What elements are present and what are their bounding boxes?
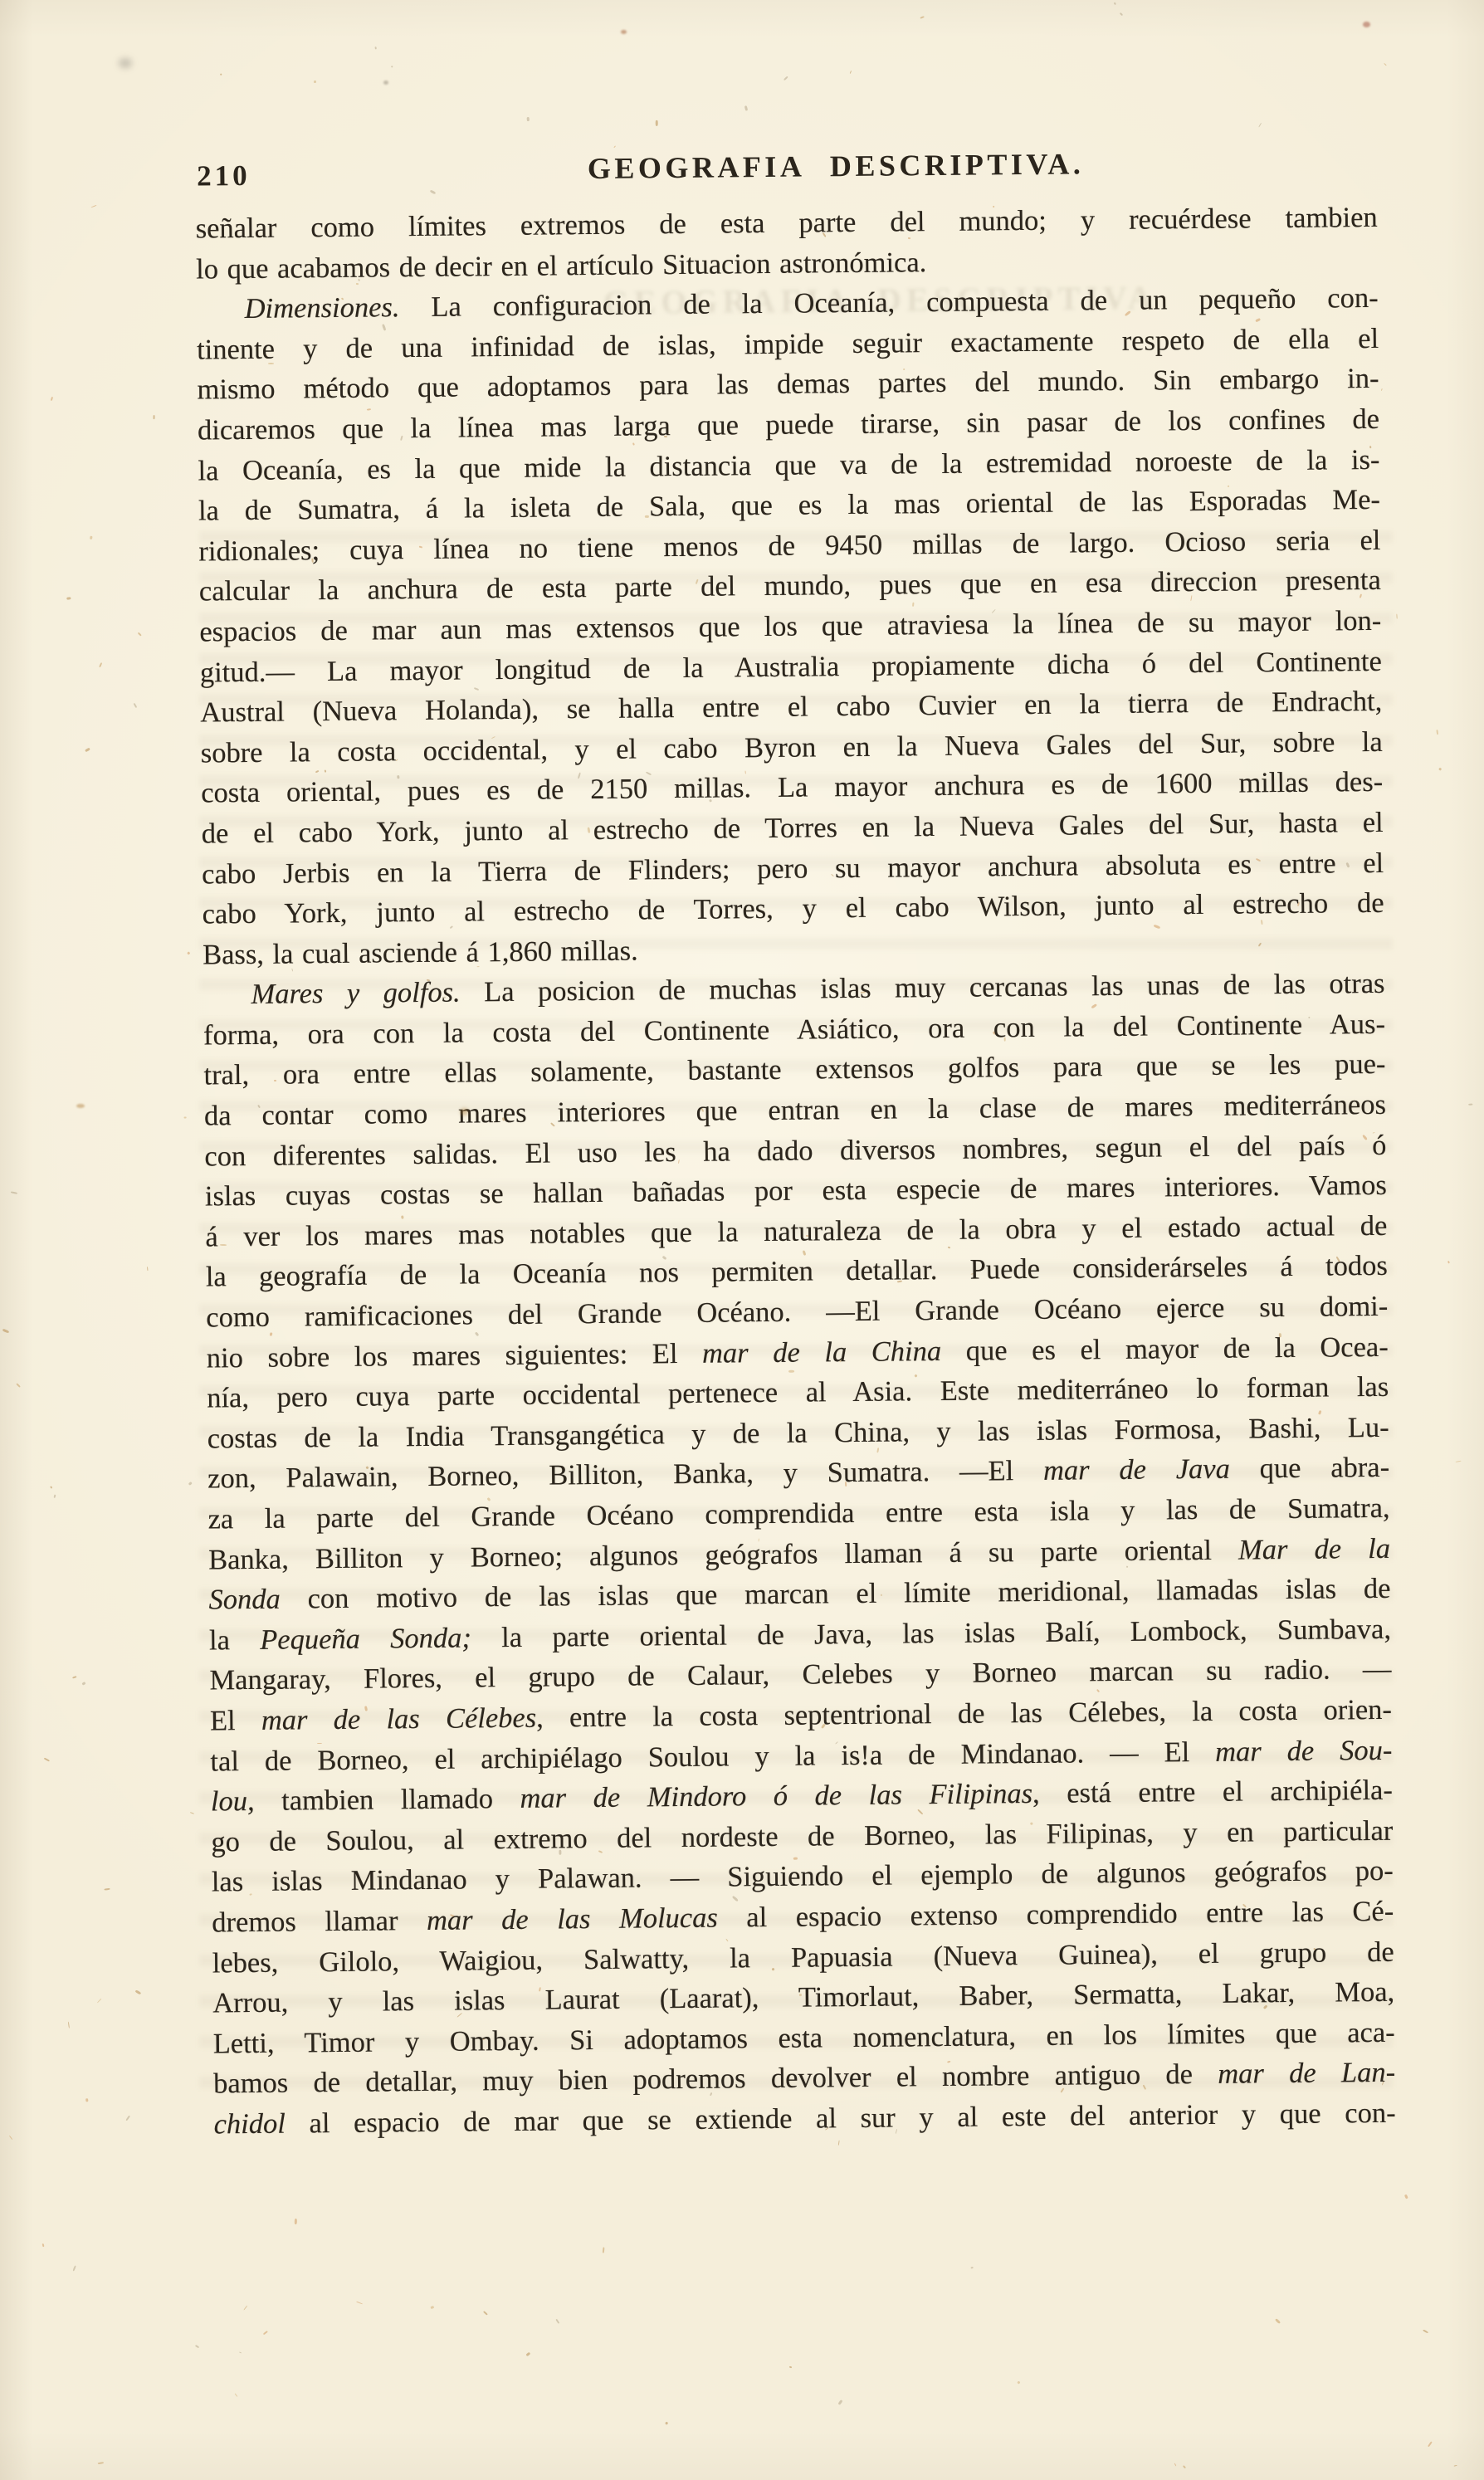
italic-text-segment: mar de las Célebes <box>261 1702 537 1736</box>
text-segment: cabo Jerbis en la Tierra de Flinders; pe… <box>202 847 1384 890</box>
text-segment: la Oceanía, es la que mide la distancia … <box>198 443 1379 486</box>
text-segment: espacios de mar aun mas extensos que los… <box>199 605 1381 648</box>
text-segment: la parte oriental de Java, las islas Bal… <box>471 1613 1391 1654</box>
text-segment: Bass, la cual asciende á 1,860 millas. <box>203 935 638 970</box>
text-segment: islas cuyas costas se hallan bañadas por… <box>205 1169 1387 1213</box>
text-segment: Arrou, y las islas Laurat (Laarat), Timo… <box>212 1976 1394 2019</box>
text-segment: á ver los mares mas notables que la natu… <box>205 1210 1387 1253</box>
text-segment: con diferentes salidas. El uso les ha da… <box>204 1129 1386 1172</box>
text-segment: tral, ora entre ellas solamente, bastant… <box>203 1048 1385 1091</box>
text-segment: con motivo de las islas que marcan el lí… <box>281 1573 1391 1615</box>
text-segment: señalar como límites extremos de esta pa… <box>196 202 1378 245</box>
text-segment: ridionales; cuya línea no tiene menos de… <box>198 525 1380 568</box>
italic-text-segment: mar de las Molucas <box>427 1902 718 1936</box>
paragraph: señalar como límites extremos de esta pa… <box>195 198 1378 290</box>
italic-text-segment: chidol <box>213 2108 286 2141</box>
text-segment: dremos llamar <box>212 1905 427 1938</box>
text-segment: costa oriental, pues es de 2150 millas. … <box>201 766 1383 809</box>
text-segment: la de Sumatra, á la isleta de Sala, que … <box>198 484 1380 527</box>
italic-text-segment: Pequeña Sonda; <box>260 1622 471 1655</box>
text-segment: nía, pero cuya parte occidental pertenec… <box>207 1371 1389 1414</box>
text-segment: costas de la India Transgangética y de l… <box>207 1412 1389 1455</box>
text-segment: lo que acabamos de decir en el artículo … <box>196 247 927 285</box>
text-segment: la geografía de la Oceanía nos permiten … <box>206 1250 1388 1293</box>
text-segment: al espacio de mar que se extiende al sur… <box>286 2097 1396 2140</box>
text-segment: Austral (Nueva Holanda), se halla entre … <box>200 686 1382 729</box>
scanned-book-page: { "page": { "number": "210", "running_ti… <box>0 0 1484 2480</box>
text-segment: Banka, Billiton y Borneo; algunos geógra… <box>208 1534 1238 1575</box>
text-segment: zon, Palawain, Borneo, Billiton, Banka, … <box>207 1455 1043 1495</box>
text-segment: la <box>209 1624 261 1657</box>
italic-text-segment: mar de Java <box>1043 1453 1230 1487</box>
italic-text-segment: Sonda <box>208 1584 281 1616</box>
text-segment: forma, ora con la costa del Continente A… <box>203 1008 1385 1052</box>
text-segment: que es el mayor de la Ocea- <box>941 1330 1389 1366</box>
text-segment: cabo York, junto al estrecho de Torres, … <box>202 887 1384 930</box>
text-segment: que abra- <box>1230 1452 1390 1485</box>
text-segment: gitud.— La mayor longitud de la Australi… <box>200 645 1382 688</box>
italic-text-segment: mar de Sou- <box>1215 1734 1393 1767</box>
text-segment: go de Soulou, al extremo del nordeste de… <box>211 1815 1393 1858</box>
text-segment: El <box>210 1705 261 1737</box>
text-segment: za la parte del Grande Océano comprendid… <box>207 1492 1389 1535</box>
text-segment: bamos de detallar, muy bien podremos dev… <box>213 2058 1218 2100</box>
text-segment: Letti, Timor y Ombay. Si adoptamos esta … <box>213 2017 1395 2060</box>
text-segment: tal de Borneo, el archipiélago Soulou y … <box>210 1736 1215 1777</box>
text-segment: tambien llamado <box>254 1783 520 1817</box>
italic-text-segment: Dimensiones. <box>244 291 399 325</box>
paragraph: Mares y golfos. La posicion de muchas is… <box>203 964 1395 2145</box>
text-segment: al espacio extenso comprendido entre las… <box>718 1896 1394 1934</box>
text-segment: nio sobre los mares siguientes: El <box>207 1337 703 1374</box>
italic-text-segment: Mares y golfos. <box>251 977 460 1010</box>
page-text: señalar como límites extremos de esta pa… <box>195 198 1395 2145</box>
paragraph: Dimensiones. La configuracion de la Ocea… <box>196 278 1384 975</box>
text-segment: como ramificaciones del Grande Océano. —… <box>206 1291 1388 1334</box>
text-segment: tinente y de una infinidad de islas, imp… <box>197 323 1379 366</box>
italic-text-segment: Mar de la <box>1238 1532 1390 1565</box>
text-segment: La configuracion de la Oceanía, compuest… <box>399 282 1378 323</box>
text-segment: calcular la anchura de esta parte del mu… <box>199 564 1381 608</box>
page-content: 210 GEOGRAFIA DESCRIPTIVA. señalar como … <box>0 0 1484 2480</box>
text-segment: las islas Mindanao y Palawan. — Siguiend… <box>212 1855 1394 1898</box>
text-segment: lebes, Gilolo, Waigiou, Salwatty, la Pap… <box>212 1936 1394 1979</box>
italic-text-segment: lou, <box>211 1785 255 1818</box>
text-segment: dicaremos que la línea mas larga que pue… <box>198 403 1379 447</box>
text-segment: mismo método que adoptamos para las dema… <box>197 363 1379 406</box>
text-segment: La posicion de muchas islas muy cercanas… <box>460 968 1384 1008</box>
running-title: GEOGRAFIA DESCRIPTIVA. <box>195 144 1377 190</box>
text-segment: da contar como mares interiores que entr… <box>204 1089 1386 1132</box>
text-segment: , entre la costa septentrional de las Cé… <box>536 1694 1392 1734</box>
text-segment: , está entre el archipiéla- <box>1032 1775 1393 1809</box>
italic-text-segment: mar de la China <box>702 1335 941 1369</box>
italic-text-segment: mar de Lan- <box>1218 2057 1395 2090</box>
italic-text-segment: mar de Mindoro ó de las Filipinas <box>520 1778 1032 1814</box>
text-segment: Mangaray, Flores, el grupo de Calaur, Ce… <box>209 1653 1391 1696</box>
text-segment: sobre la costa occidental, y el cabo Byr… <box>201 726 1383 769</box>
page-header: 210 GEOGRAFIA DESCRIPTIVA. <box>195 144 1377 198</box>
text-segment: de el cabo York, junto al estrecho de To… <box>202 807 1384 850</box>
